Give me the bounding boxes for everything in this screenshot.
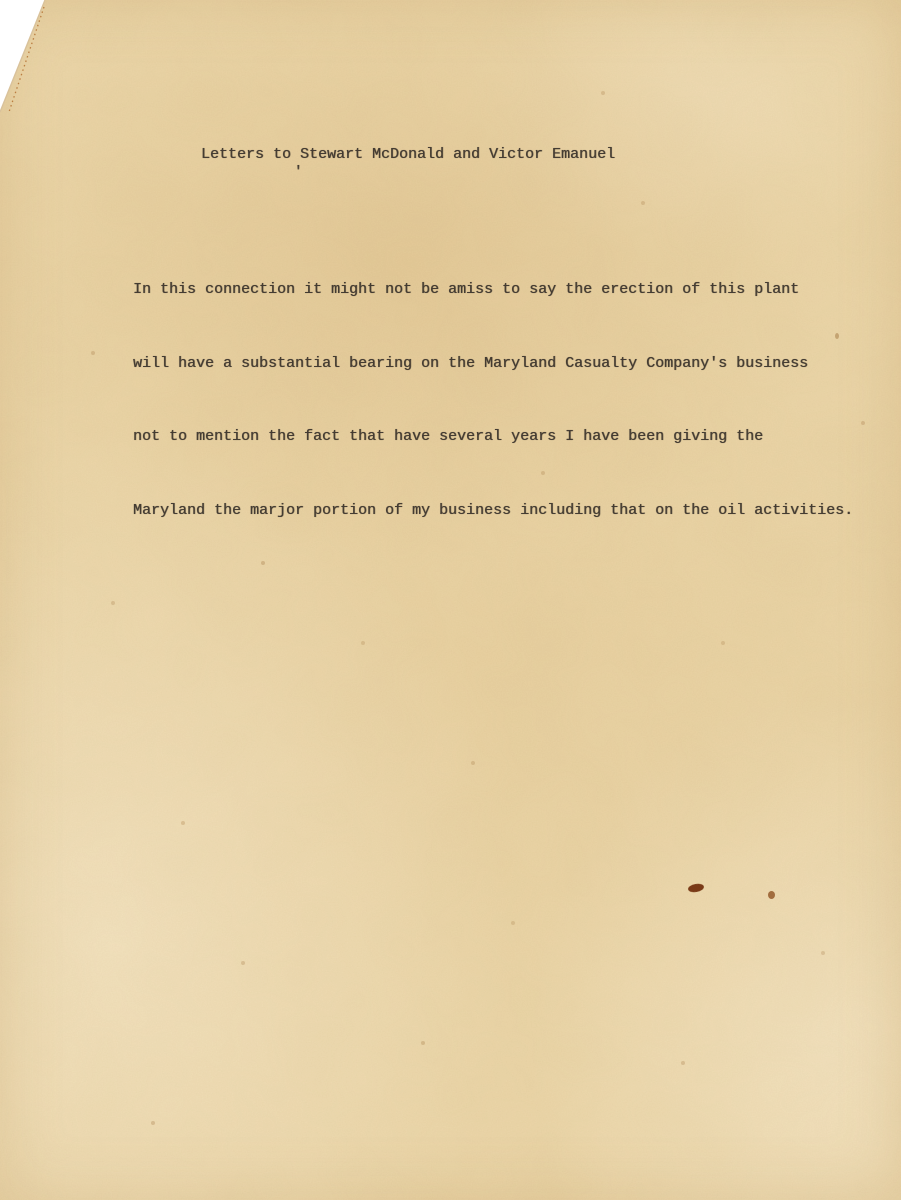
paper-stain	[768, 891, 775, 899]
paper-stain	[687, 883, 704, 894]
scanned-page: Letters to Stewart McDonald and Victor E…	[0, 0, 901, 1200]
stray-typewriter-mark: '	[294, 163, 302, 181]
folded-corner	[0, 0, 70, 130]
body-line: In this connection it might not be amiss…	[133, 281, 853, 319]
paper-grain-texture	[0, 0, 901, 1200]
document-title: Letters to Stewart McDonald and Victor E…	[201, 146, 615, 164]
paper-freckles	[0, 0, 2, 2]
body-paragraph: In this connection it might not be amiss…	[133, 245, 853, 576]
body-line: not to mention the fact that have severa…	[133, 428, 853, 466]
body-line: will have a substantial bearing on the M…	[133, 355, 853, 393]
body-line: Maryland the marjor portion of my busine…	[133, 502, 853, 540]
